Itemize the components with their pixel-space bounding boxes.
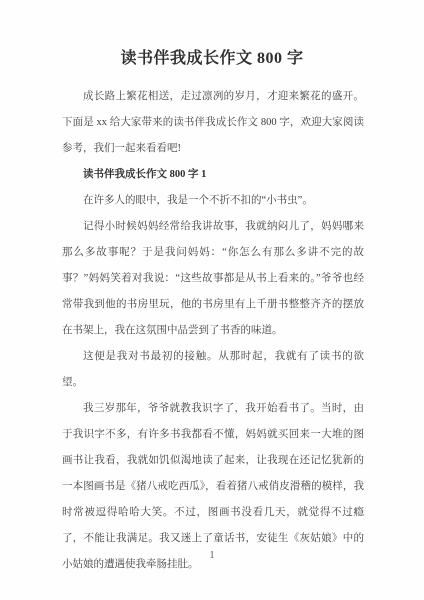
paragraph-first-contact: 这便是我对书最初的接触。从那时起，我就有了读书的欲望。 xyxy=(62,344,364,396)
page-number: 1 xyxy=(0,549,424,563)
paragraph-bookworm: 在许多人的眼中，我是一个不折不扣的“小书虫”。 xyxy=(62,188,364,214)
paragraph-intro: 成长路上繁花相送，走过凛冽的岁月，才迎来繁花的盛开。下面是 xx 给大家带来的读… xyxy=(62,84,364,162)
document-title: 读书伴我成长作文 800 字 xyxy=(0,46,424,72)
section-heading: 读书伴我成长作文 800 字 1 xyxy=(62,162,364,188)
paragraph-stories: 记得小时候妈妈经常给我讲故事，我就纳闷儿了，妈妈哪来那么多故事呢？于是我问妈妈：… xyxy=(62,214,364,344)
document-body: 成长路上繁花相送，走过凛冽的岁月，才迎来繁花的盛开。下面是 xx 给大家带来的读… xyxy=(62,84,364,578)
document-page: 读书伴我成长作文 800 字 成长路上繁花相送，走过凛冽的岁月，才迎来繁花的盛开… xyxy=(0,0,424,600)
